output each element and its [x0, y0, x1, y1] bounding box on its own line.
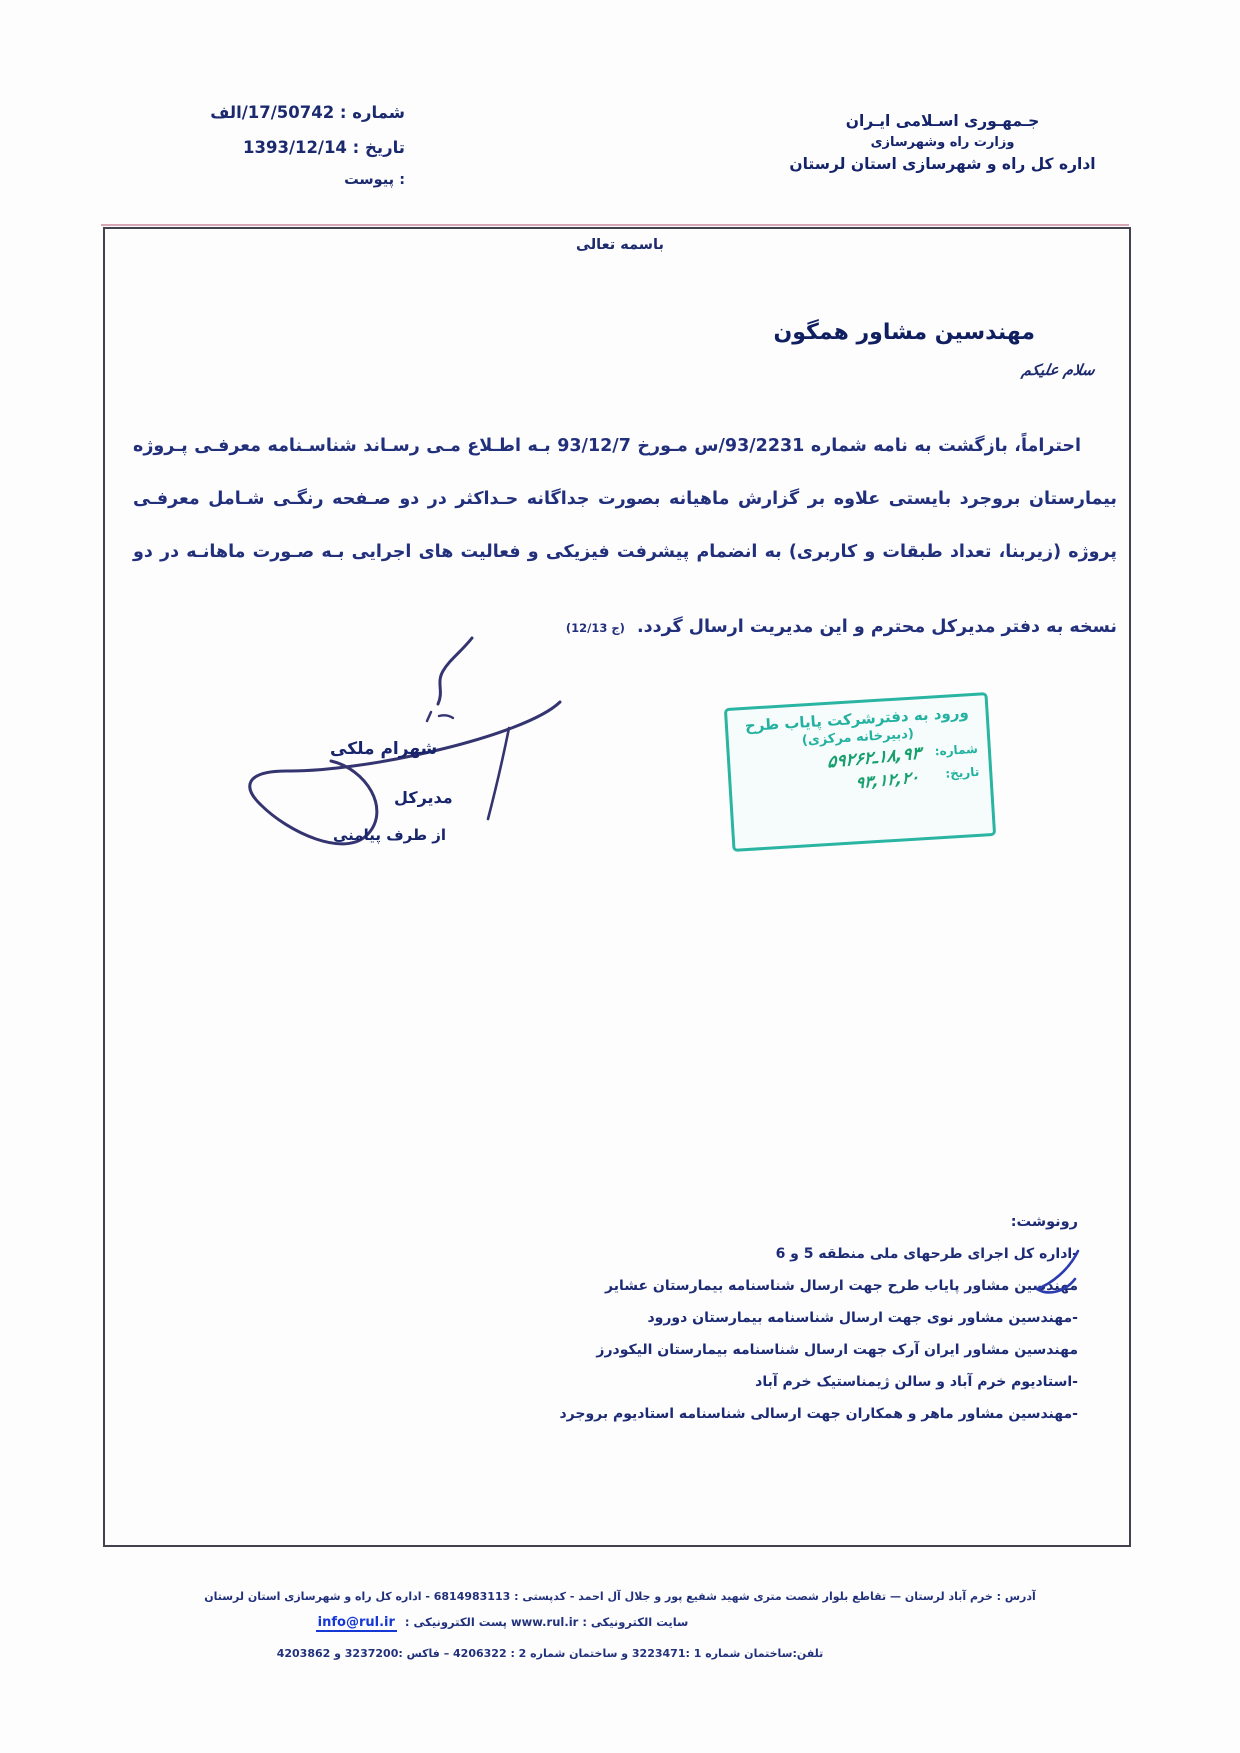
body-line-3: پروژه (زیربنا، تعداد طبقات و کاربری) به … [133, 526, 1117, 579]
footer-address: آدرس : خرم آباد لرستان — تقاطع بلوار شصت… [0, 1590, 1240, 1603]
cc-item: -استادیوم خرم آباد و سالن ژیمناستیک خرم … [559, 1366, 1078, 1398]
stamp-date-label: تاریخ: [945, 764, 980, 780]
cc-title: رونوشت: [559, 1206, 1078, 1238]
signer-name: شهرام ملکی [330, 739, 437, 759]
letter-number: شماره : 17/50742/الف [183, 96, 405, 131]
signature-downstroke [488, 728, 509, 819]
footer-email-link[interactable]: info@rul.ir [316, 1615, 397, 1632]
cc-item: مهندسین مشاور پایاب طرح جهت ارسال شناسنا… [559, 1270, 1078, 1302]
stamp-number-label: شماره: [934, 742, 978, 759]
footer-phone: تلفن:ساختمان شماره 1 :3223471 و ساختمان … [0, 1647, 1100, 1660]
letter-date: تاریخ : 1393/12/14 [183, 131, 405, 166]
cc-section: رونوشت: -اداره کل اجرای طرحهای ملی منطقه… [559, 1206, 1078, 1430]
ministry-title: وزارت راه وشهرسازی [760, 133, 1125, 153]
signer-title: مدیرکل [394, 788, 453, 807]
cc-item: -مهندسین مشاور نوی جهت ارسال شناسنامه بی… [559, 1302, 1078, 1334]
cc-item: مهندسین مشاور ایران آرک جهت ارسال شناسنا… [559, 1334, 1078, 1366]
signed-on-behalf: از طرف پیامنی [333, 826, 446, 844]
pen-check-mark [1028, 1246, 1084, 1308]
footer-site-label: سایت الکترونیکی : www.rul.ir پست الکترون… [405, 1615, 688, 1629]
cc-item: -اداره کل اجرای طرحهای ملی منطقه 5 و 6 [559, 1238, 1078, 1270]
department-title: اداره کل راه و شهرسازی استان لرستان [760, 153, 1125, 176]
stamp-date-handwritten: ۹۳,۱۲,۲۰ [856, 767, 920, 792]
country-title: جـمهـوری اسـلامی ایـران [760, 110, 1125, 133]
letterhead-ministry-block: جـمهـوری اسـلامی ایـران وزارت راه وشهرسا… [760, 110, 1125, 176]
body-line-1: احتراماً، بازگشت به نامه شماره 93/2231/س… [133, 420, 1117, 473]
salutation-script: سلام علیکم [1021, 361, 1097, 379]
signature-sweep [250, 702, 560, 844]
footer-web-line: سایت الکترونیکی : www.rul.ir پست الکترون… [0, 1615, 1000, 1632]
cc-item: -مهندسین مشاور ماهر و همکاران جهت ارسالی… [559, 1398, 1078, 1430]
signature-flourish-dots [427, 712, 453, 721]
signature-flourish [438, 638, 472, 704]
body-line-4-text: نسخه به دفتر مدیرکل محترم و این مدیریت ا… [637, 617, 1117, 637]
besmellah-heading: باسمه تعالی [0, 237, 1240, 253]
scan-artifact-line [101, 224, 1129, 226]
scanned-letter-page: شماره : 17/50742/الف تاریخ : 1393/12/14 … [0, 0, 1240, 1753]
attachment-label: پیوست : [183, 165, 405, 195]
body-line-2: بیمارستان بروجرد بایستی علاوه بر گزارش م… [133, 473, 1117, 526]
incoming-registry-stamp: ورود به دفترشرکت پایاب طرح (دبیرخانه مرک… [724, 692, 996, 852]
recipient-title: مهندسین مشاور همگون [773, 320, 1035, 345]
letterhead-reference-block: شماره : 17/50742/الف تاریخ : 1393/12/14 … [183, 96, 405, 196]
